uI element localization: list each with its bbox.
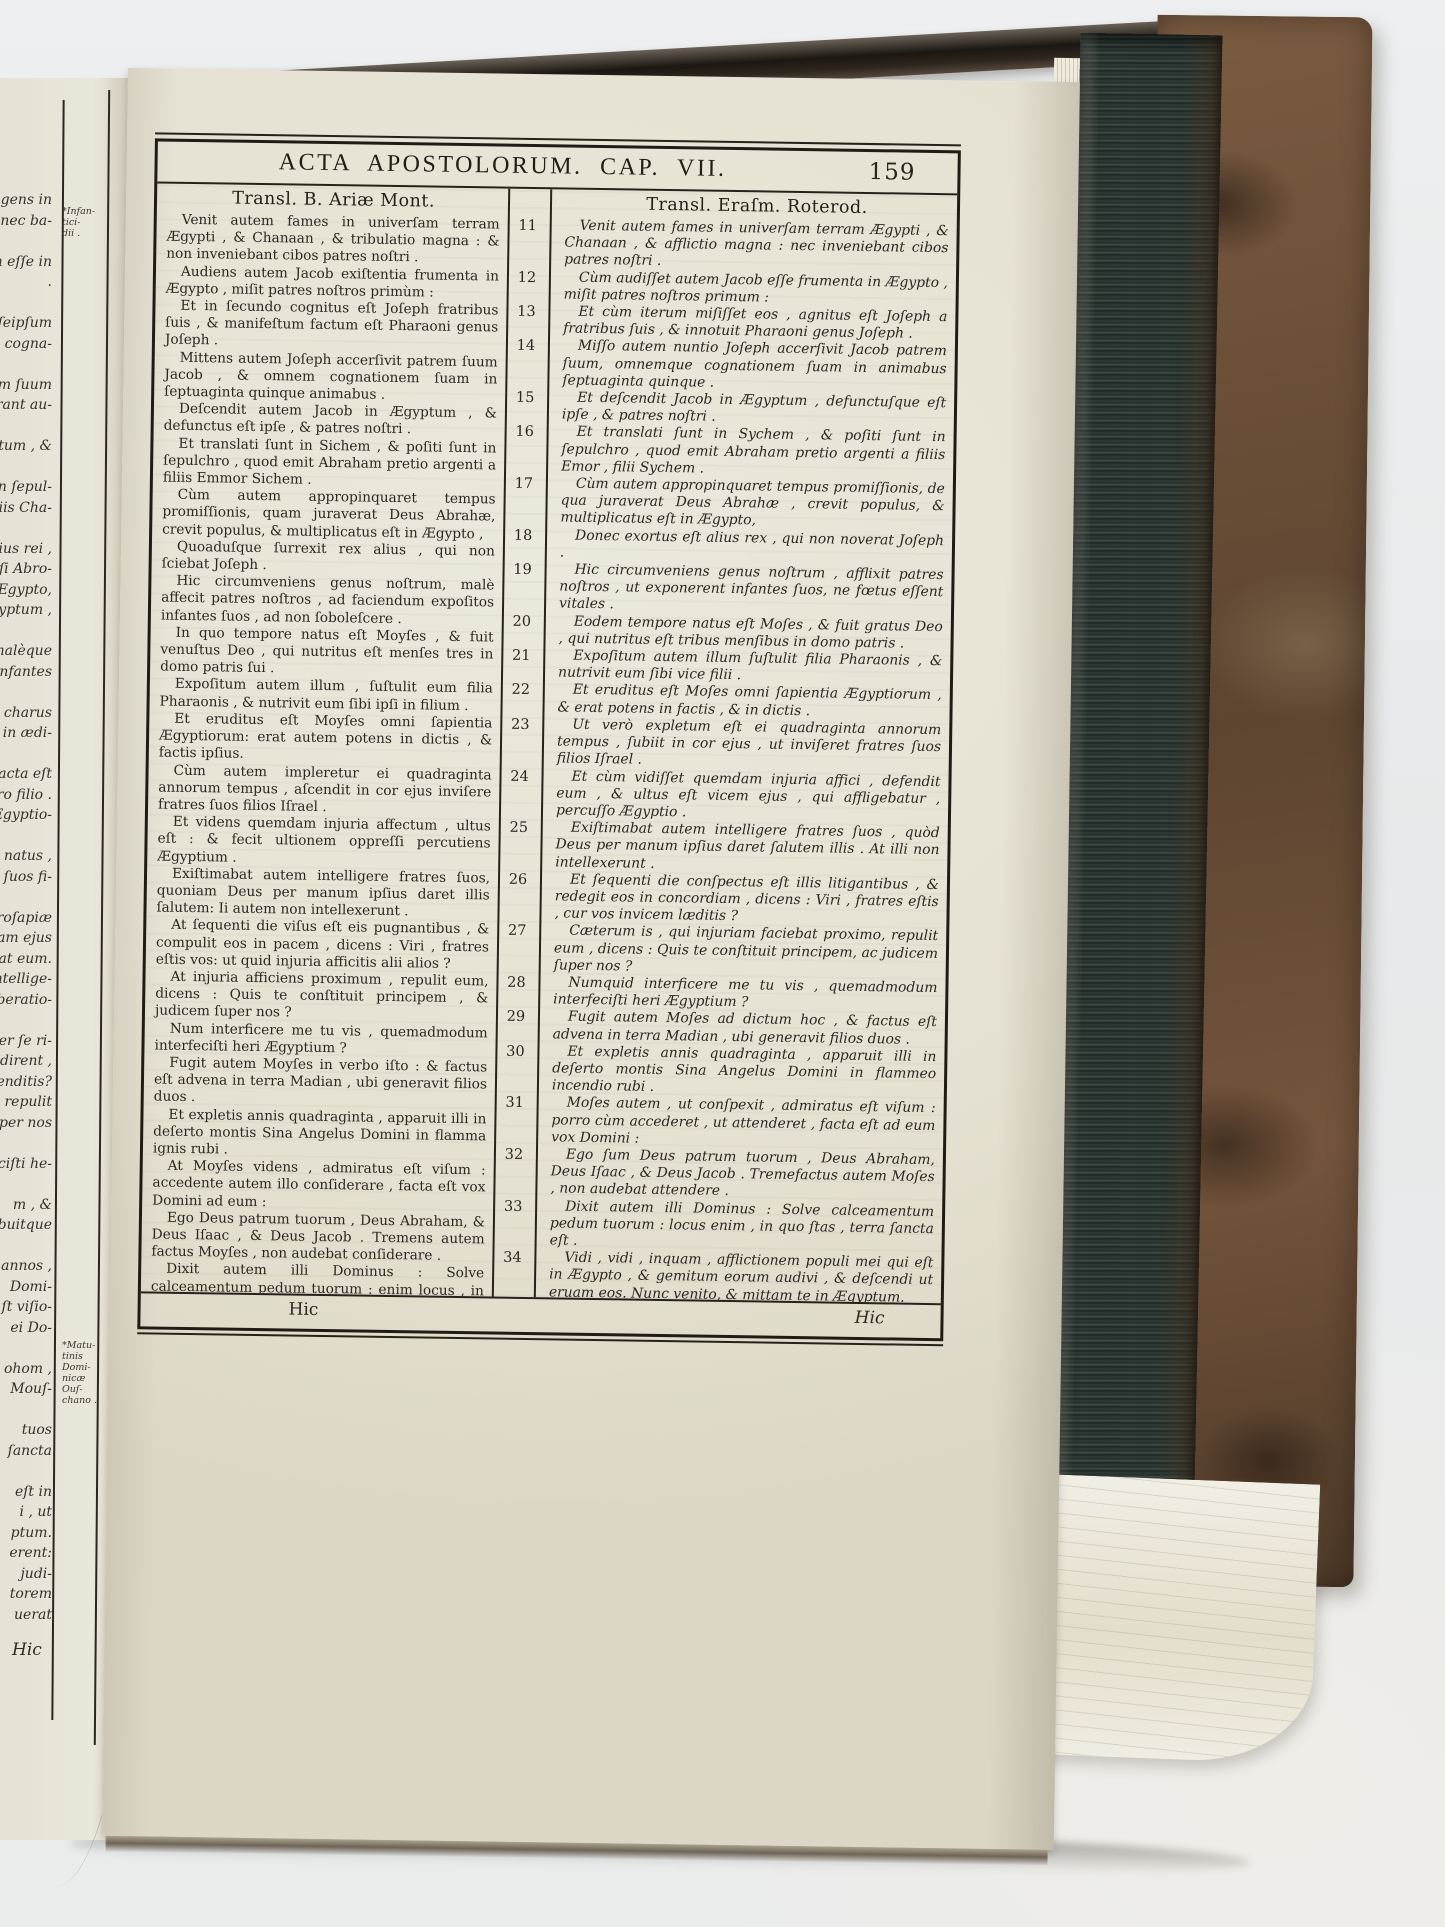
left-column-text: Venit autem fames in univerſam terram Æg… xyxy=(148,212,499,1304)
verse-paragraph-erasmus: Et expletis annis quadraginta , apparuit… xyxy=(552,1043,937,1100)
opposite-text-fragment: Domi- xyxy=(0,1277,52,1298)
verse-number: 31 xyxy=(493,1095,537,1113)
verse-paragraph-erasmus: Vidi , vidi , inquam , afflictionem popu… xyxy=(549,1250,934,1304)
right-catchword: Hic xyxy=(855,1308,885,1328)
verse-paragraph-montanus: In quo tempore natus eſt Moyſes , & fuit… xyxy=(160,624,494,681)
opposite-text-fragment: , malèque xyxy=(0,641,52,662)
verse-paragraph-erasmus: Hic circumveniens genus noſtrum , afflix… xyxy=(559,562,944,619)
opposite-text-fragment: torem xyxy=(0,1584,52,1605)
verse-paragraph-montanus: Et videns quemdam injuria affectum , ult… xyxy=(157,814,491,871)
verse-paragraph-montanus: Venit autem fames in univerſam terram Æg… xyxy=(166,212,500,269)
opposite-text-fragment: erent: xyxy=(0,1543,52,1564)
verse-paragraph-montanus: Mittens autem Joſeph accerſivit patrem ſ… xyxy=(164,349,498,406)
verse-paragraph-erasmus: Et translati ſunt in Sychem , & poſiti ſ… xyxy=(561,424,946,481)
verse-row-erasmus: 26Et ſequenti die conſpectus eſt illis l… xyxy=(554,871,939,928)
verse-row-erasmus: 29Fugit autem Moſes ad dictum hoc , & fa… xyxy=(553,1009,937,1049)
opposite-text-fragment: illius rei , xyxy=(0,539,52,560)
verse-row-erasmus: 31Moſes autem , ut conſpexit , admiratus… xyxy=(551,1095,936,1152)
page-title: ACTA APOSTOLORUM. CAP. VII. xyxy=(157,147,847,184)
verse-row-erasmus: 11Venit autem fames in univerſam terram … xyxy=(564,217,949,274)
verse-paragraph-erasmus: Expoſitum autem illum ſuſtulit filia Pha… xyxy=(558,648,942,688)
verse-number: 33 xyxy=(491,1198,535,1216)
photo-backdrop: ingens in, nec ba-um eſſe in.it ſeipſumo… xyxy=(0,0,1445,1927)
verse-number: 30 xyxy=(493,1043,537,1061)
verse-number: 34 xyxy=(490,1250,534,1268)
opposite-text-fragment: erant au- xyxy=(0,395,52,416)
verse-number: 19 xyxy=(500,562,544,580)
opposite-text-fragment: it ſeipſum xyxy=(0,313,52,334)
verse-number: 18 xyxy=(501,527,545,545)
opposite-text-fragment: m , & xyxy=(0,1195,52,1216)
left-catchword: Hic xyxy=(288,1300,318,1320)
opposite-text-fragment: i , ut xyxy=(0,1502,52,1523)
opposite-text-fragment: judi- xyxy=(0,1564,52,1585)
opposite-text-fragment: s ſuos fi- xyxy=(0,867,52,888)
verse-number: 26 xyxy=(496,871,540,889)
book-page: ACTA APOSTOLORUM. CAP. VII. 159 Transl. … xyxy=(102,68,1080,1850)
verse-number: 16 xyxy=(503,424,547,442)
verse-paragraph-montanus: At Moyſes videns , admiratus eſt viſum :… xyxy=(152,1158,486,1215)
verse-row-erasmus: 21Expoſitum autem illum ſuſtulit filia P… xyxy=(558,648,942,688)
verse-row-erasmus: 24Et cùm vidiſſet quemdam injuria affici… xyxy=(556,768,941,825)
opposite-text-fragment: ſancta xyxy=(0,1441,52,1462)
verse-number: 24 xyxy=(497,768,541,786)
verse-number: 11 xyxy=(506,218,550,236)
opposite-text-fragment: Mouſ- xyxy=(0,1379,52,1400)
opposite-text-fragment xyxy=(0,682,52,703)
verse-number: 23 xyxy=(498,716,542,734)
opposite-text-fragment: eſt in xyxy=(0,1482,52,1503)
opposite-text-fragment: . xyxy=(0,272,52,293)
left-column: Transl. B. Ariæ Mont. Venit autem fames … xyxy=(141,183,508,1303)
opposite-text-fragment: n Ægypto, xyxy=(0,580,52,601)
verse-paragraph-montanus: At injuria afficiens proximum , repulit … xyxy=(155,968,489,1025)
opposite-text-fragment xyxy=(0,231,52,252)
page-number: 159 xyxy=(868,159,915,186)
margin-note-line: Ouſ- xyxy=(62,1384,100,1395)
opposite-text-fragment: e in ſepul- xyxy=(0,477,52,498)
verse-number: 15 xyxy=(503,390,547,408)
verse-number: 21 xyxy=(499,648,543,666)
verse-row-erasmus: 17Cùm autem appropinquaret tempus promiſ… xyxy=(560,476,945,533)
verse-number: 29 xyxy=(494,1009,538,1027)
verse-paragraph-erasmus: Dixit autem illi Dominus : Solve calceam… xyxy=(550,1198,935,1255)
verse-paragraph-erasmus: Numquid interficere me tu vis , quemadmo… xyxy=(553,974,937,1014)
opposite-text-fragment: s in ædi- xyxy=(0,723,52,744)
verse-row-erasmus: 28Numquid interficere me tu vis , quemad… xyxy=(553,974,937,1014)
verse-paragraph-montanus: Fugit autem Moyſes in verbo iſto : & fac… xyxy=(154,1054,488,1111)
verse-row-erasmus: 22Et eruditus eſt Moſes omni ſapientia Æ… xyxy=(557,682,941,722)
verse-number: 27 xyxy=(495,923,539,941)
opposite-text-fragment xyxy=(0,1400,52,1421)
verse-paragraph-montanus: Cùm autem appropinquaret tempus promiſſi… xyxy=(162,487,496,544)
verse-number: 17 xyxy=(502,476,546,494)
verse-row-erasmus: 33Dixit autem illi Dominus : Solve calce… xyxy=(550,1198,935,1255)
opposite-text-fragment: ſam ejus xyxy=(0,928,52,949)
verse-number: 32 xyxy=(492,1146,536,1164)
margin-note-line: chano . xyxy=(62,1395,100,1406)
verse-paragraph-erasmus: Et cùm vidiſſet quemdam injuria affici ,… xyxy=(556,768,941,825)
opposite-page-fragments: ingens in, nec ba-um eſſe in.it ſeipſumo… xyxy=(0,190,52,1625)
verse-row-erasmus: 13Et cùm iterum miſiſſet eos , agnitus e… xyxy=(563,304,947,344)
verse-paragraph-montanus: Num interficere me tu vis , quemadmodum … xyxy=(154,1020,487,1059)
opposite-text-fragment: ptum , & xyxy=(0,436,52,457)
opposite-text-fragment: nacta eſt xyxy=(0,764,52,785)
opposite-text-fragment: intellige- xyxy=(0,969,52,990)
verse-number: 14 xyxy=(504,338,548,356)
opposite-text-fragment: redirent , xyxy=(0,1051,52,1072)
verse-paragraph-erasmus: Et ſequenti die conſpectus eſt illis lit… xyxy=(554,871,939,928)
text-frame-outer: ACTA APOSTOLORUM. CAP. VII. 159 Transl. … xyxy=(137,132,961,1346)
opposite-text-fragment xyxy=(0,518,52,539)
verse-paragraph-montanus: Ego Deus patrum tuorum , Deus Abraham, &… xyxy=(151,1209,485,1266)
opposite-text-fragment: ſt viſio- xyxy=(0,1297,52,1318)
verse-paragraph-erasmus: Miſſo autem nuntio Joſeph accerſivit Jac… xyxy=(562,338,947,395)
verse-paragraph-erasmus: Et cùm iterum miſiſſet eos , agnitus eſt… xyxy=(563,304,947,344)
verse-paragraph-montanus: Hic circumveniens genus noſtrum, malè af… xyxy=(161,573,495,630)
verse-paragraph-erasmus: Cùm autem appropinquaret tempus promiſſi… xyxy=(560,476,945,533)
verse-paragraph-montanus: Deſcendit autem Jacob in Ægyptum , & def… xyxy=(164,401,497,440)
opposite-margin-note-2: *Matu-tinisDomi-nicæOuſ-chano . xyxy=(62,1340,100,1406)
opposite-text-fragment xyxy=(0,354,52,375)
opposite-text-fragment: ipſi Abro- xyxy=(0,559,52,580)
verse-number: 22 xyxy=(499,682,543,700)
opposite-text-fragment: um eſſe in xyxy=(0,252,52,273)
margin-note-line: *Matu- xyxy=(62,1340,100,1351)
opposite-text-fragment xyxy=(0,1133,52,1154)
opposite-text-fragment: ter ſe ri- xyxy=(0,1031,52,1052)
opposite-text-fragment: ffenditis? xyxy=(0,1072,52,1093)
right-column: Transl. Eraſm. Roterod. 11Venit autem fa… xyxy=(533,189,957,1303)
opposite-text-fragment xyxy=(0,1338,52,1359)
opposite-text-fragment: ingens in xyxy=(0,190,52,211)
verse-row-erasmus: 18Donec exortus eſt alius rex , qui non … xyxy=(560,527,944,567)
verse-paragraph-montanus: Expoſitum autem illum , ſuſtulit eum fil… xyxy=(159,676,492,715)
verse-row-erasmus: 34Vidi , vidi , inquam , afflictionem po… xyxy=(549,1250,934,1304)
opposite-text-fragment: filiis Cha- xyxy=(0,498,52,519)
margin-note-line: tinis xyxy=(62,1351,100,1362)
verse-row-erasmus: 32Ego ſum Deus patrum tuorum , Deus Abra… xyxy=(550,1146,935,1203)
opposite-text-fragment: Ægyptio- xyxy=(0,805,52,826)
verse-row-erasmus: 20Eodem tempore natus eſt Moſes , & fuit… xyxy=(558,613,942,653)
verse-paragraph-erasmus: Et deſcendit Jacob in Ægyptum , defunctu… xyxy=(562,390,946,430)
verse-paragraph-erasmus: Cæterum is , qui injuriam faciebat proxi… xyxy=(554,923,939,980)
verse-row-erasmus: 30Et expletis annis quadraginta , apparu… xyxy=(552,1043,937,1100)
verse-row-erasmus: 15Et deſcendit Jacob in Ægyptum , defunc… xyxy=(562,390,946,430)
opposite-text-fragment: liberatio- xyxy=(0,990,52,1011)
verse-row-erasmus: 12Cùm audiſſet autem Jacob eſſe frumenta… xyxy=(564,269,948,309)
opposite-text-fragment: ſuper nos xyxy=(0,1113,52,1134)
verse-paragraph-montanus: Exiſtimabat autem intelligere fratres ſu… xyxy=(156,865,490,922)
verse-row-erasmus: 16Et translati ſunt in Sychem , & poſiti… xyxy=(561,424,946,481)
verse-paragraph-erasmus: Et eruditus eſt Moſes omni ſapientia Ægy… xyxy=(557,682,941,722)
opposite-text-fragment xyxy=(0,621,52,642)
verse-paragraph-montanus: Et expletis annis quadraginta , apparuit… xyxy=(153,1106,487,1163)
opposite-text-fragment: , repulit xyxy=(0,1092,52,1113)
opposite-text-fragment: uerat xyxy=(0,1605,52,1626)
opposite-text-fragment: eciſti he- xyxy=(0,1154,52,1175)
verse-paragraph-erasmus: Donec exortus eſt alius rex , qui non no… xyxy=(560,527,944,567)
verse-row-erasmus: 23Ut verò expletum eſt ei quadraginta an… xyxy=(557,716,942,773)
opposite-page-rule-inner xyxy=(51,100,64,1720)
verse-paragraph-erasmus: Exiſtimabat autem intelligere fratres ſu… xyxy=(555,820,940,877)
opposite-text-fragment: , nec ba- xyxy=(0,211,52,232)
verse-paragraph-erasmus: Eodem tempore natus eſt Moſes , & fuit g… xyxy=(558,613,942,653)
opposite-text-fragment xyxy=(0,293,52,314)
opposite-text-fragment xyxy=(0,744,52,765)
margin-note-line: nicæ xyxy=(62,1373,100,1384)
margin-note-line: *Infan- xyxy=(62,206,100,217)
opposite-text-fragment: Ægyptum , xyxy=(0,600,52,621)
opposite-text-fragment: abuitque xyxy=(0,1215,52,1236)
opposite-text-fragment xyxy=(0,1461,52,1482)
opposite-text-fragment xyxy=(0,887,52,908)
opposite-text-fragment xyxy=(0,1236,52,1257)
verse-number: 13 xyxy=(504,304,548,322)
verse-paragraph-montanus: Cùm autem impleretur ei quadraginta anno… xyxy=(158,762,492,819)
verse-paragraph-erasmus: Cùm audiſſet autem Jacob eſſe frumenta i… xyxy=(564,269,948,309)
opposite-text-fragment: ptum. xyxy=(0,1523,52,1544)
margin-note-line: tici- xyxy=(62,217,100,228)
opposite-text-fragment: i infantes xyxy=(0,662,52,683)
opposite-text-fragment: ui charus xyxy=(0,703,52,724)
verse-paragraph-montanus: At ſequenti die viſus eſt eis pugnantibu… xyxy=(156,917,490,974)
opposite-margin-note-1: *Infan-tici-dii . xyxy=(62,206,100,239)
verse-paragraph-erasmus: Moſes autem , ut conſpexit , admiratus e… xyxy=(551,1095,936,1152)
opposite-text-fragment: annos , xyxy=(0,1256,52,1277)
opposite-text-fragment: tuos xyxy=(0,1420,52,1441)
text-frame: ACTA APOSTOLORUM. CAP. VII. 159 Transl. … xyxy=(137,138,961,1341)
verse-paragraph-montanus: Et in ſecundo cognitus eſt Joſeph fratri… xyxy=(165,298,499,355)
verse-row-erasmus: 27Cæterum is , qui injuriam faciebat pro… xyxy=(554,923,939,980)
opposite-text-fragment: proſapiæ xyxy=(0,908,52,929)
verse-paragraph-montanus: Et translati ſunt in Sichem , & poſiti ſ… xyxy=(163,435,497,492)
opposite-text-fragment: natus , xyxy=(0,846,52,867)
verse-paragraph-erasmus: Ut verò expletum eſt ei quadraginta anno… xyxy=(557,716,942,773)
verse-number: 25 xyxy=(497,820,541,838)
verse-row-erasmus: 19Hic circumveniens genus noſtrum , affl… xyxy=(559,562,944,619)
margin-note-line: Domi- xyxy=(62,1362,100,1373)
opposite-text-fragment xyxy=(0,826,52,847)
verse-paragraph-erasmus: Venit autem fames in univerſam terram Æg… xyxy=(564,217,949,274)
opposite-text-fragment xyxy=(0,457,52,478)
verse-number: 20 xyxy=(500,613,544,631)
verse-number: 12 xyxy=(505,269,549,287)
right-column-text: 11Venit autem fames in univerſam terram … xyxy=(548,217,949,1303)
opposite-text-fragment xyxy=(0,1010,52,1031)
verse-number: 28 xyxy=(494,974,538,992)
verse-row-erasmus: 14Miſſo autem nuntio Joſeph accerſivit J… xyxy=(562,338,947,395)
opposite-text-fragment xyxy=(0,1174,52,1195)
opposite-text-fragment: trem ſuum xyxy=(0,375,52,396)
opposite-text-fragment: oun cogna- xyxy=(0,334,52,355)
opposite-text-fragment: pro filio . xyxy=(0,785,52,806)
opposite-text-fragment: ei Do- xyxy=(0,1318,52,1339)
verse-paragraph-erasmus: Ego ſum Deus patrum tuorum , Deus Abraha… xyxy=(550,1146,935,1203)
opposite-catchword: Hic xyxy=(12,1640,42,1660)
opposite-text-fragment: erat eum. xyxy=(0,949,52,970)
margin-note-line: dii . xyxy=(62,228,100,239)
verse-paragraph-montanus: Audiens autem Jacob exiſtentia frumenta … xyxy=(166,263,499,302)
opposite-text-fragment xyxy=(0,416,52,437)
verse-row-erasmus: 25Exiſtimabat autem intelligere fratres … xyxy=(555,820,940,877)
verse-paragraph-montanus: Et eruditus eſt Moyſes omni ſapientia Æg… xyxy=(159,710,493,767)
text-columns: Transl. B. Ariæ Mont. Venit autem fames … xyxy=(141,183,957,1303)
verse-paragraph-erasmus: Fugit autem Moſes ad dictum hoc , & fact… xyxy=(553,1009,937,1049)
verse-paragraph-montanus: Quoaduſque ſurrexit rex alius , qui non … xyxy=(162,538,495,577)
opposite-text-fragment: ohom , xyxy=(0,1359,52,1380)
